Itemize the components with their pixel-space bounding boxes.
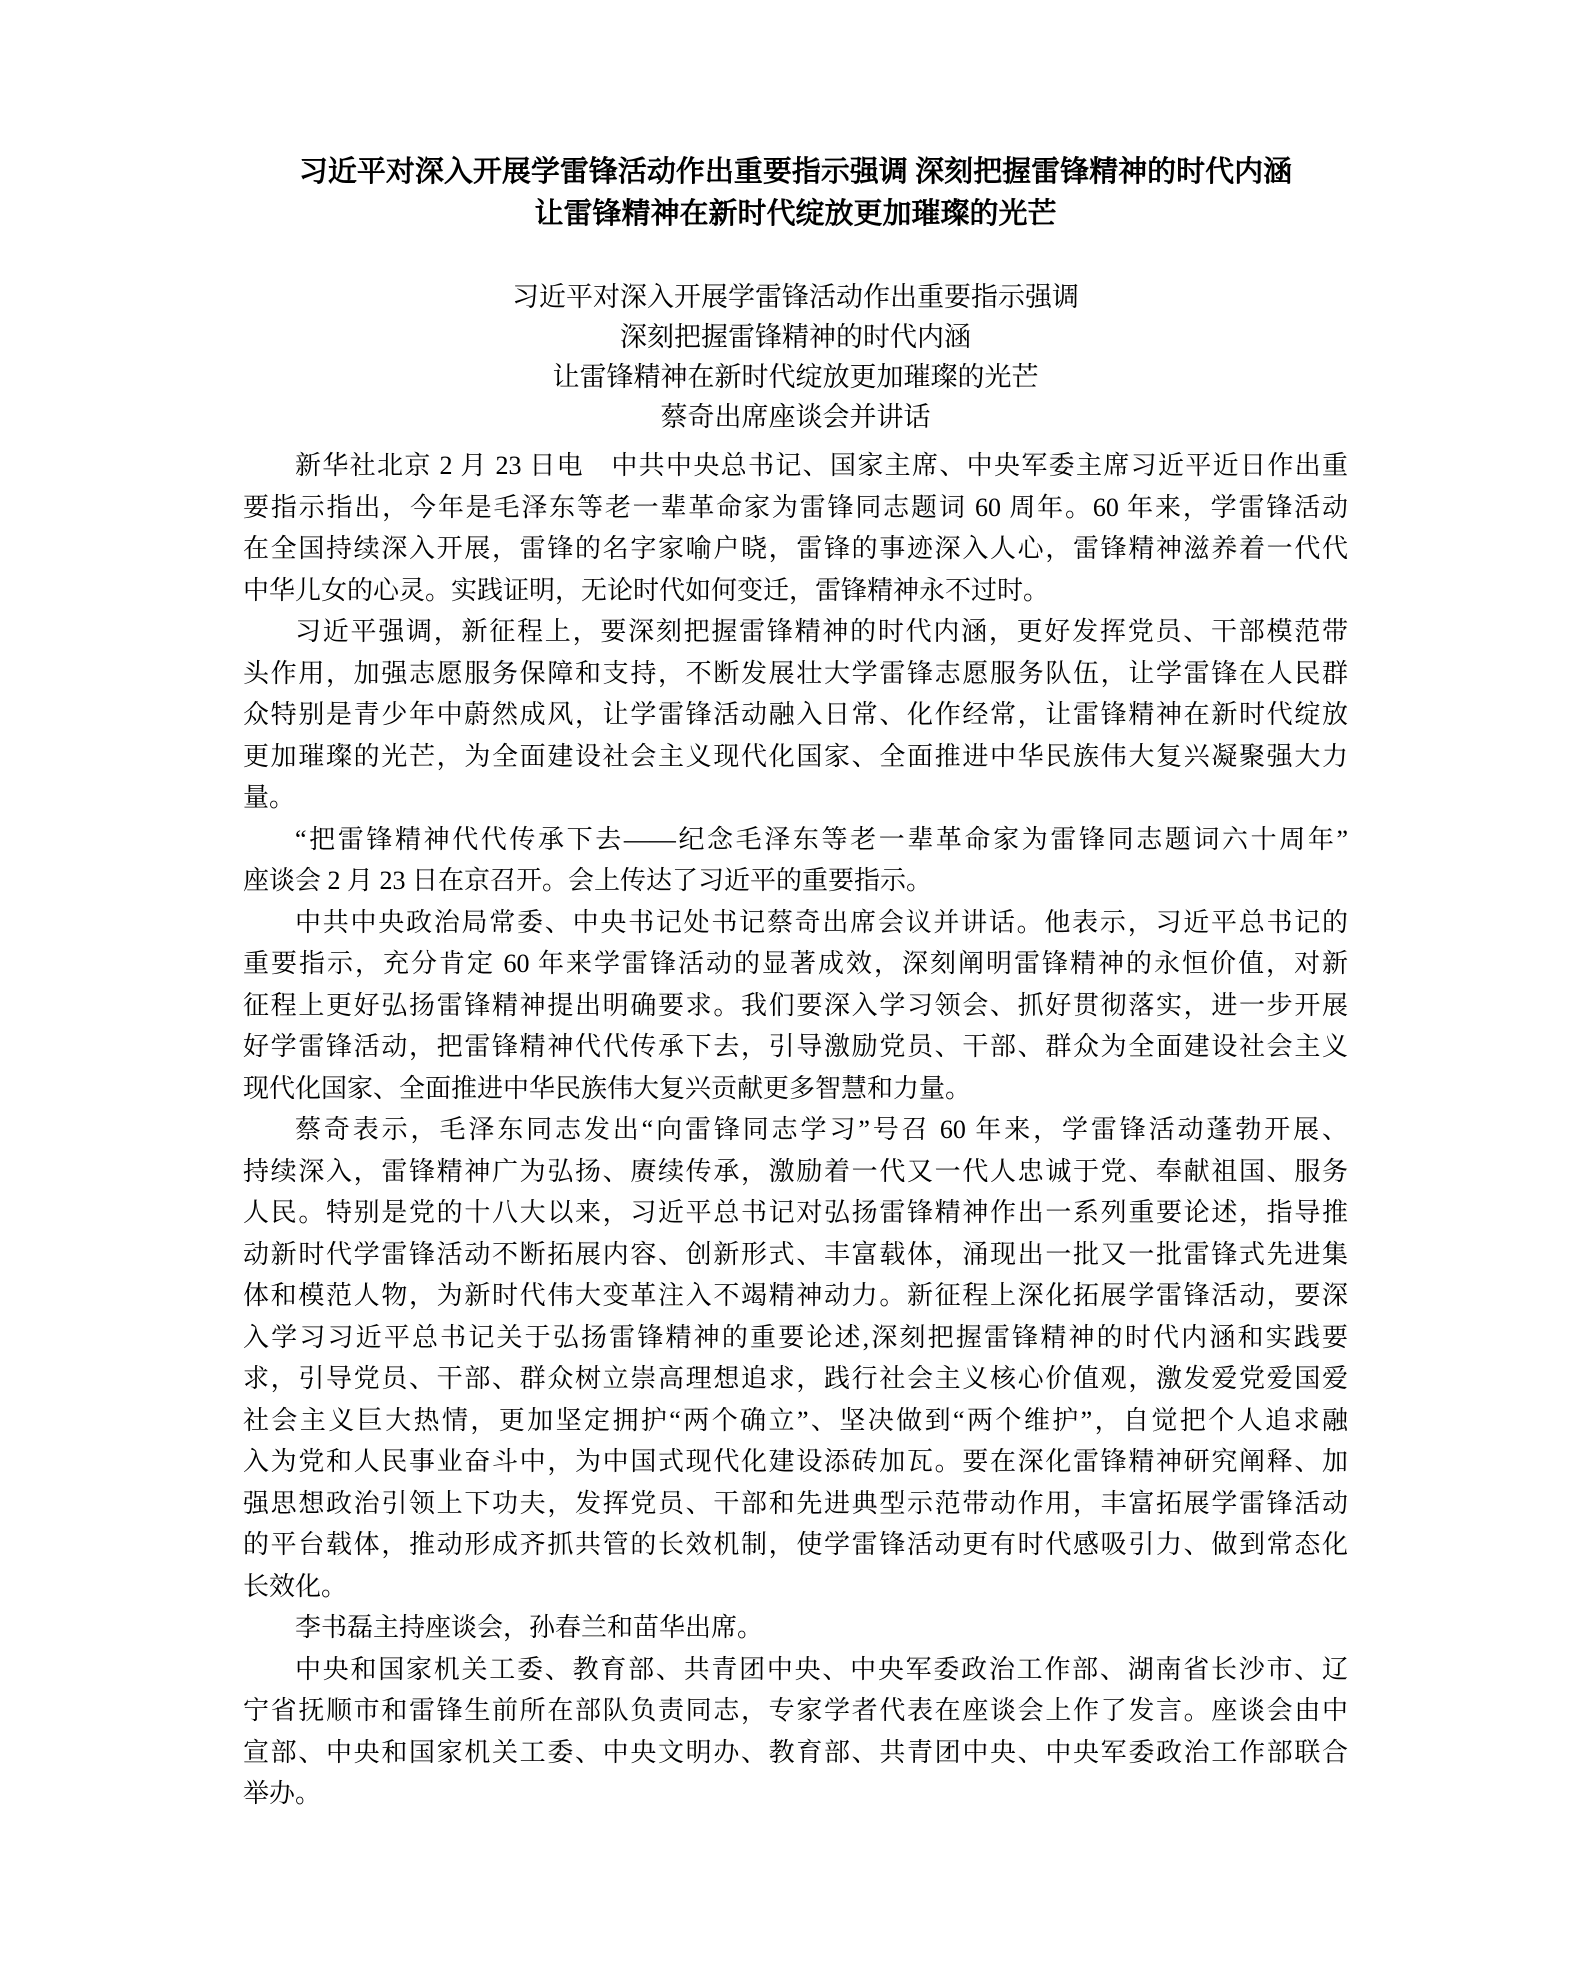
body-line: 量。 [243,777,1348,819]
body-line: 重要指示，充分肯定 60 年来学雷锋活动的显著成效，深刻阐明雷锋精神的永恒价值，… [243,943,1348,985]
body-line: 新华社北京 2 月 23 日电 中共中央总书记、国家主席、中央军委主席习近平近日… [243,445,1348,487]
body-line: 举办。 [243,1773,1348,1815]
body-line: “把雷锋精神代代传承下去——纪念毛泽东等老一辈革命家为雷锋同志题词六十周年” [243,819,1348,861]
body-line: 强思想政治引领上下功夫，发挥党员、干部和先进典型示范带动作用，丰富拓展学雷锋活动 [243,1483,1348,1525]
article-body: 新华社北京 2 月 23 日电 中共中央总书记、国家主席、中央军委主席习近平近日… [243,445,1348,1815]
body-line: 宣部、中央和国家机关工委、中央文明办、教育部、共青团中央、中央军委政治工作部联合 [243,1732,1348,1774]
body-line: 蔡奇表示，毛泽东同志发出“向雷锋同志学习”号召 60 年来，学雷锋活动蓬勃开展、 [243,1109,1348,1151]
body-line: 的平台载体，推动形成齐抓共管的长效机制，使学雷锋活动更有时代感吸引力、做到常态化 [243,1524,1348,1566]
subtitle-block: 习近平对深入开展学雷锋活动作出重要指示强调 深刻把握雷锋精神的时代内涵 让雷锋精… [243,277,1348,437]
body-line: 好学雷锋活动，把雷锋精神代代传承下去，引导激励党员、干部、群众为全面建设社会主义 [243,1026,1348,1068]
document-page: 习近平对深入开展学雷锋活动作出重要指示强调 深刻把握雷锋精神的时代内涵 让雷锋精… [0,0,1587,1968]
body-line: 社会主义巨大热情，更加坚定拥护“两个确立”、坚决做到“两个维护”，自觉把个人追求… [243,1400,1348,1442]
document-title: 习近平对深入开展学雷锋活动作出重要指示强调 深刻把握雷锋精神的时代内涵 让雷锋精… [243,151,1348,235]
body-line: 习近平强调，新征程上，要深刻把握雷锋精神的时代内涵，更好发挥党员、干部模范带 [243,611,1348,653]
body-line: 宁省抚顺市和雷锋生前所在部队负责同志，专家学者代表在座谈会上作了发言。座谈会由中 [243,1690,1348,1732]
title-line-2: 让雷锋精神在新时代绽放更加璀璨的光芒 [243,193,1348,235]
body-line: 中央和国家机关工委、教育部、共青团中央、中央军委政治工作部、湖南省长沙市、辽 [243,1649,1348,1691]
subtitle-line-4: 蔡奇出席座谈会并讲话 [243,397,1348,437]
body-line: 在全国持续深入开展，雷锋的名字家喻户晓，雷锋的事迹深入人心，雷锋精神滋养着一代代 [243,528,1348,570]
body-line: 头作用，加强志愿服务保障和支持，不断发展壮大学雷锋志愿服务队伍，让学雷锋在人民群 [243,653,1348,695]
body-line: 李书磊主持座谈会，孙春兰和苗华出席。 [243,1607,1348,1649]
body-line: 更加璀璨的光芒，为全面建设社会主义现代化国家、全面推进中华民族伟大复兴凝聚强大力 [243,736,1348,778]
subtitle-line-2: 深刻把握雷锋精神的时代内涵 [243,317,1348,357]
body-line: 人民。特别是党的十八大以来，习近平总书记对弘扬雷锋精神作出一系列重要论述，指导推 [243,1192,1348,1234]
body-line: 求，引导党员、干部、群众树立崇高理想追求，践行社会主义核心价值观，激发爱党爱国爱 [243,1358,1348,1400]
body-line: 持续深入，雷锋精神广为弘扬、赓续传承，激励着一代又一代人忠诚于党、奉献祖国、服务 [243,1151,1348,1193]
body-line: 中共中央政治局常委、中央书记处书记蔡奇出席会议并讲话。他表示，习近平总书记的 [243,902,1348,944]
body-line: 长效化。 [243,1566,1348,1608]
body-line: 中华儿女的心灵。实践证明，无论时代如何变迁，雷锋精神永不过时。 [243,570,1348,612]
body-line: 现代化国家、全面推进中华民族伟大复兴贡献更多智慧和力量。 [243,1068,1348,1110]
subtitle-line-1: 习近平对深入开展学雷锋活动作出重要指示强调 [243,277,1348,317]
body-line: 征程上更好弘扬雷锋精神提出明确要求。我们要深入学习领会、抓好贯彻落实，进一步开展 [243,985,1348,1027]
title-line-1: 习近平对深入开展学雷锋活动作出重要指示强调 深刻把握雷锋精神的时代内涵 [243,151,1348,193]
body-line: 座谈会 2 月 23 日在京召开。会上传达了习近平的重要指示。 [243,860,1348,902]
body-line: 入学习习近平总书记关于弘扬雷锋精神的重要论述,深刻把握雷锋精神的时代内涵和实践要 [243,1317,1348,1359]
body-line: 众特别是青少年中蔚然成风，让学雷锋活动融入日常、化作经常，让雷锋精神在新时代绽放 [243,694,1348,736]
subtitle-line-3: 让雷锋精神在新时代绽放更加璀璨的光芒 [243,357,1348,397]
body-line: 动新时代学雷锋活动不断拓展内容、创新形式、丰富载体，涌现出一批又一批雷锋式先进集 [243,1234,1348,1276]
body-line: 要指示指出，今年是毛泽东等老一辈革命家为雷锋同志题词 60 周年。60 年来，学… [243,487,1348,529]
body-line: 体和模范人物，为新时代伟大变革注入不竭精神动力。新征程上深化拓展学雷锋活动，要深 [243,1275,1348,1317]
body-line: 入为党和人民事业奋斗中，为中国式现代化建设添砖加瓦。要在深化雷锋精神研究阐释、加 [243,1441,1348,1483]
